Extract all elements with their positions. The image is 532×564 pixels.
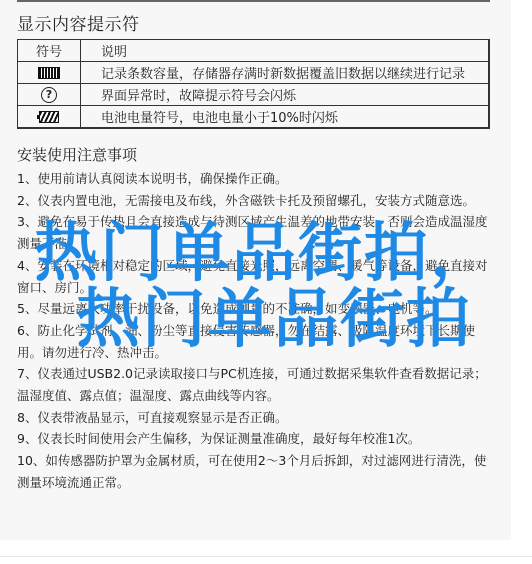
table-header-row: 符号 说明 bbox=[18, 40, 490, 62]
row-description: 记录条数容量，存储器存满时新数据覆盖旧数据以继续进行记录 bbox=[81, 62, 490, 84]
watermark-line-1: 热门单品街拍， bbox=[34, 222, 496, 286]
row-description: 界面异常时，故障提示符号会闪烁 bbox=[81, 84, 490, 106]
list-item: 8、仪表带液晶显示，可直接观察显示是否正确。 bbox=[17, 407, 497, 429]
row-description: 电池电量符号，电池电量小于10%时闪烁 bbox=[81, 106, 490, 129]
display-section-title: 显示内容提示符 bbox=[17, 10, 140, 35]
list-item: 9、仪表长时间使用会产生偏移，为保证测量准确度，最好每年校准1次。 bbox=[17, 428, 497, 450]
list-item: 7、仪表通过USB2.0记录读取接口与PC机连接，可通过数据采集软件查看数据记录… bbox=[17, 363, 497, 406]
bottom-divider bbox=[0, 556, 532, 557]
table-row: ? 界面异常时，故障提示符号会闪烁 bbox=[18, 84, 490, 106]
top-rule-divider bbox=[17, 0, 490, 2]
install-section-title: 安装使用注意事项 bbox=[17, 144, 137, 165]
table-row: 记录条数容量，存储器存满时新数据覆盖旧数据以继续进行记录 bbox=[18, 62, 490, 84]
header-symbol: 符号 bbox=[18, 40, 81, 62]
symbol-table: 符号 说明 记录条数容量，存储器存满时新数据覆盖旧数据以继续进行记录 ? 界面异… bbox=[17, 39, 490, 129]
list-item: 2、仪表内置电池，无需接电及布线，外含磁铁卡托及预留螺孔，安装方式随意选。 bbox=[17, 190, 497, 212]
list-item: 1、使用前请认真阅读本说明书，确保操作正确。 bbox=[17, 168, 497, 190]
list-item: 10、如传感器防护罩为金属材质，可在使用2～3个月后拆卸，对过滤网进行清洗，使测… bbox=[17, 450, 497, 493]
table-row: 电池电量符号，电池电量小于10%时闪烁 bbox=[18, 106, 490, 129]
battery-full-bars-icon bbox=[38, 67, 60, 79]
header-description: 说明 bbox=[81, 40, 490, 62]
battery-low-icon bbox=[39, 111, 59, 123]
question-circle-icon: ? bbox=[41, 87, 57, 103]
watermark-line-2: 热门单品街拍 bbox=[76, 288, 472, 352]
